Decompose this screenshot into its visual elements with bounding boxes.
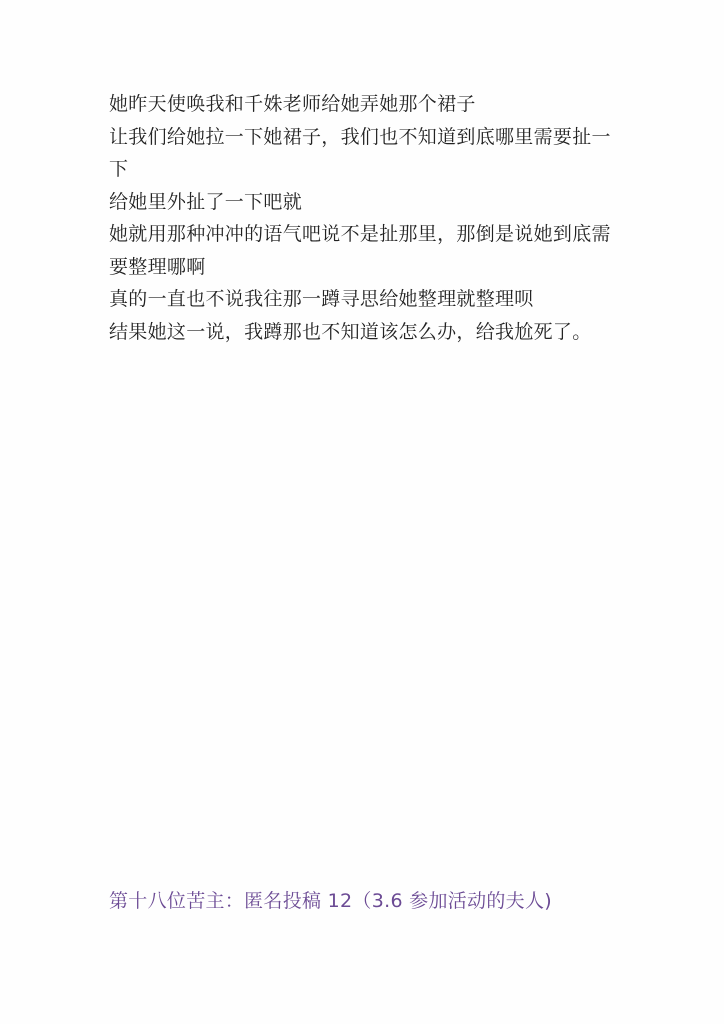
section-heading: 第十八位苦主：匿名投稿 12（3.6 参加活动的夫人)	[109, 886, 552, 916]
story-paragraph: 她昨天使唤我和千姝老师给她弄她那个裙子 让我们给她拉一下她裙子，我们也不知道到底…	[109, 88, 629, 348]
text-line: 她昨天使唤我和千姝老师给她弄她那个裙子	[109, 88, 629, 121]
text-line: 让我们给她拉一下她裙子，我们也不知道到底哪里需要扯一	[109, 121, 629, 154]
text-line: 结果她这一说，我蹲那也不知道该怎么办，给我尬死了。	[109, 316, 629, 349]
text-line: 她就用那种冲冲的语气吧说不是扯那里，那倒是说她到底需	[109, 218, 629, 251]
document-page: 她昨天使唤我和千姝老师给她弄她那个裙子 让我们给她拉一下她裙子，我们也不知道到底…	[0, 0, 724, 1024]
text-line: 真的一直也不说我往那一蹲寻思给她整理就整理呗	[109, 283, 629, 316]
text-line: 给她里外扯了一下吧就	[109, 186, 629, 219]
text-line: 要整理哪啊	[109, 251, 629, 284]
text-line: 下	[109, 153, 629, 186]
